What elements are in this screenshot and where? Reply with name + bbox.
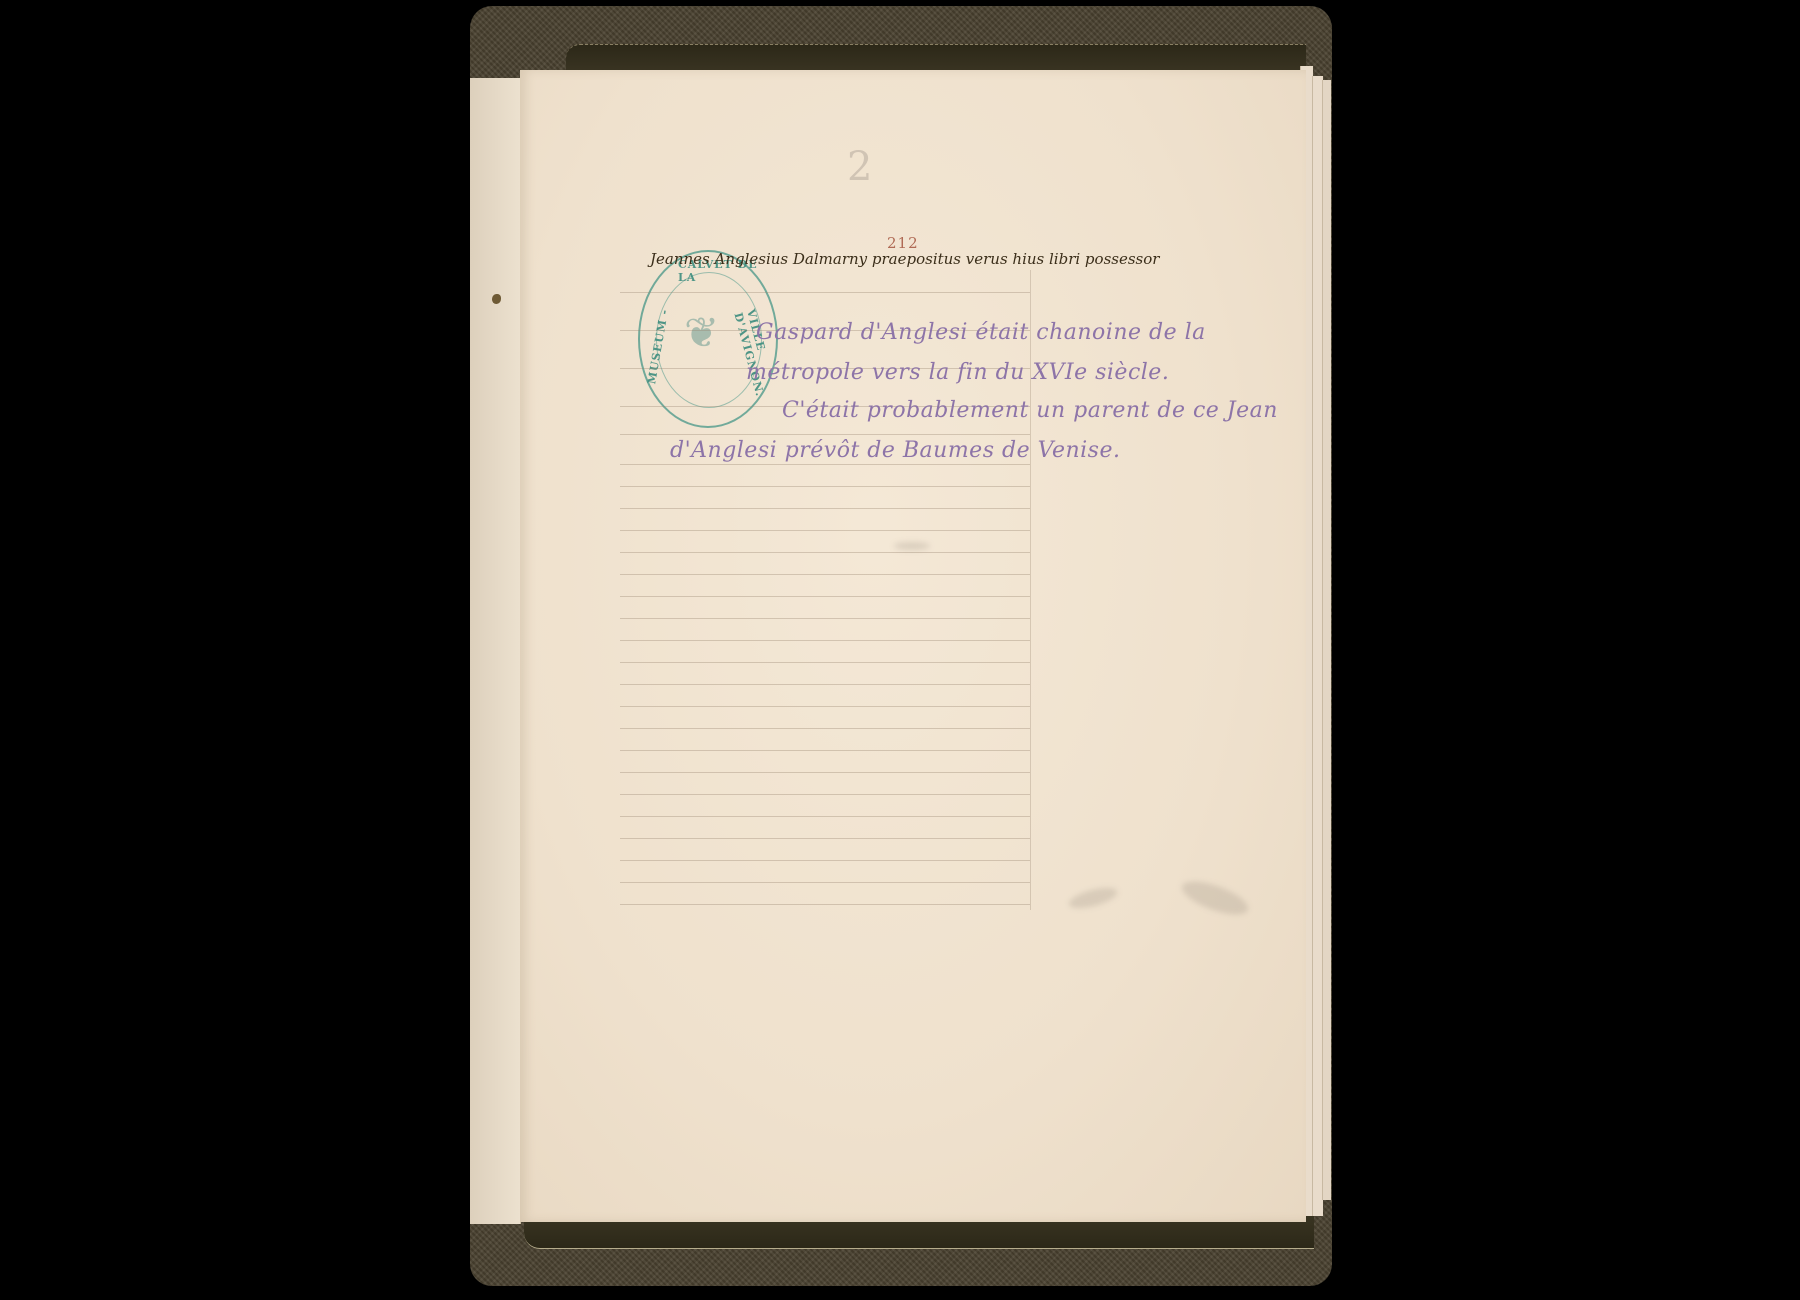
smudge-mark [1067,884,1119,912]
note-line-1: Gaspard d'Anglesi était chanoine de la [756,320,1206,345]
manuscript-page: 2 212 CALVET DE LA MUSEUM - VILLE D'AVIG… [520,70,1306,1222]
ruled-line [620,728,1030,729]
ruled-line [620,464,1030,465]
page-edge [1322,80,1331,1200]
ruled-line [620,838,1030,839]
note-line-2: métropole vers la fin du XVIe siècle. [746,360,1169,385]
ruled-line [620,882,1030,883]
ruled-line [620,552,1030,553]
ruled-line [620,618,1030,619]
ruled-line [620,904,1030,905]
ruled-line [620,706,1030,707]
ruled-line [620,860,1030,861]
ruled-line [620,574,1030,575]
book-binding: 2 212 CALVET DE LA MUSEUM - VILLE D'AVIG… [470,6,1332,1286]
ruled-line [620,794,1030,795]
ruled-line [620,486,1030,487]
ruled-line [620,684,1030,685]
pencil-mark: 2 [847,144,872,190]
ruled-line [620,530,1030,531]
ruled-line [620,434,1030,435]
smudge-mark [1178,875,1252,921]
ownership-inscription: Jeannes Anglesius Dalmarny praepositus v… [650,250,1159,268]
ruled-line [620,640,1030,641]
ruled-line [620,508,1030,509]
ruled-line [620,772,1030,773]
ruled-line [620,292,1030,293]
note-line-3: C'était probablement un parent de ce Jea… [782,398,1278,423]
smudge-mark [894,542,930,550]
ruled-line [620,662,1030,663]
ruled-line [620,750,1030,751]
stain-mark [492,294,501,304]
ruled-line [620,596,1030,597]
left-flyleaf [470,78,521,1224]
note-line-4: d'Anglesi prévôt de Baumes de Venise. [670,438,1120,463]
ruled-line [620,816,1030,817]
eagle-emblem-icon: ❦ [684,308,719,357]
